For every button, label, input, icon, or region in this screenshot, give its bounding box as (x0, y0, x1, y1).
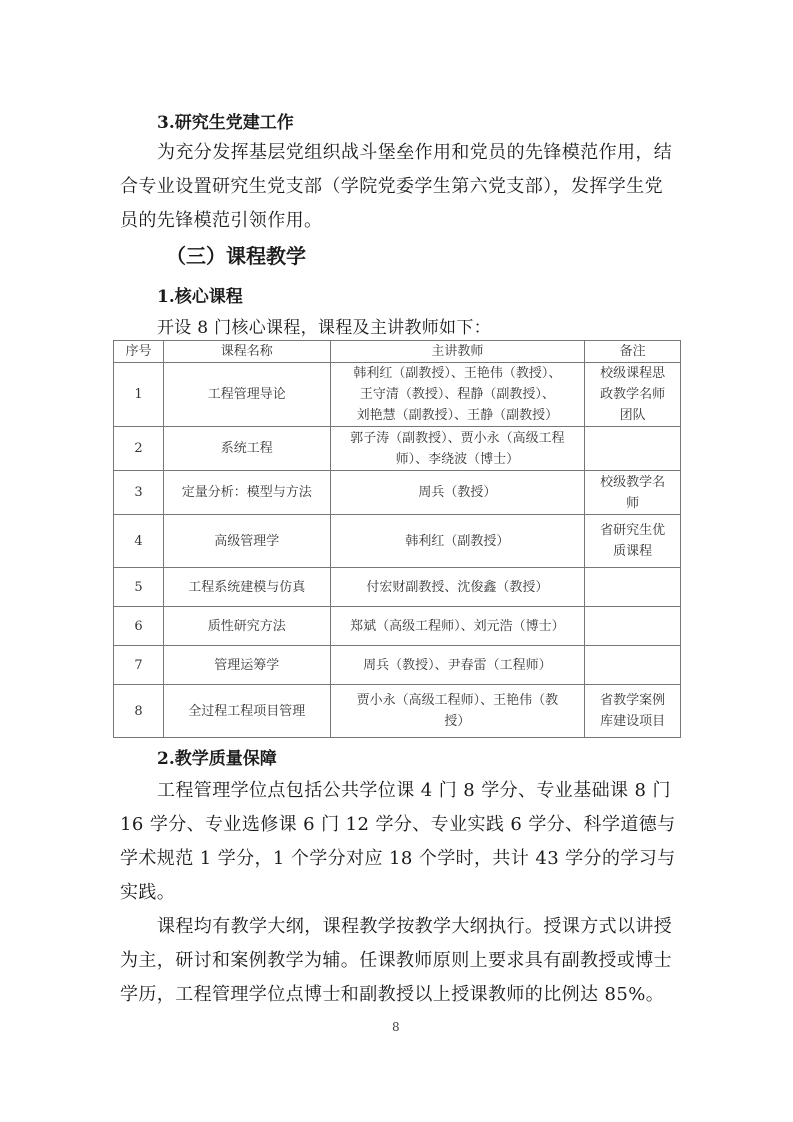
teacher-line: 授） (334, 711, 582, 732)
cell-note (585, 568, 681, 607)
cell-course-name: 工程管理导论 (163, 363, 330, 427)
header-teachers: 主讲教师 (330, 341, 585, 363)
teacher-line: 韩利红（副教授） (334, 531, 582, 552)
paragraph-line: 16 学分、专业选修课 6 门 12 学分、专业实践 6 学分、科学道德与 (120, 808, 676, 842)
header-note: 备注 (585, 341, 681, 363)
teacher-line: 付宏财副教授、沈俊鑫（教授） (334, 577, 582, 598)
cell-note (585, 646, 681, 685)
table-row: 3 定量分析：模型与方法 周兵（教授） 校级教学名 师 (114, 471, 681, 515)
section-heading-core-courses: 1.核心课程 (157, 282, 243, 307)
cell-note: 省研究生优 质课程 (585, 515, 681, 568)
cell-no: 6 (114, 607, 164, 646)
cell-note: 校级课程思 政教学名师 团队 (585, 363, 681, 427)
paragraph-line: 员的先锋模范引领作用。 (120, 204, 672, 238)
note-line: 省研究生优 (588, 520, 677, 541)
cell-no: 5 (114, 568, 164, 607)
cell-teachers: 郭子涛（副教授）、贾小永（高级工程 师）、李绕波（博士） (330, 427, 585, 471)
paragraph-line: 实践。 (120, 876, 676, 910)
paragraph-line: 学历，工程管理学位点博士和副教授以上授课教师的比例达 85%。 (120, 978, 672, 1012)
teacher-line: 贾小永（高级工程师）、王艳伟（教 (334, 690, 582, 711)
cell-no: 4 (114, 515, 164, 568)
section-heading-teaching-quality: 2.教学质量保障 (157, 744, 277, 769)
paragraph-line: 工程管理学位点包括公共学位课 4 门 8 学分、专业基础课 8 门 (120, 774, 676, 808)
cell-teachers: 韩利红（副教授） (330, 515, 585, 568)
paragraph-line: 课程均有教学大纲，课程教学按教学大纲执行。授课方式以讲授 (120, 910, 672, 944)
cell-teachers: 周兵（教授） (330, 471, 585, 515)
teacher-line: 周兵（教授） (334, 482, 582, 503)
cell-teachers: 韩利红（副教授）、王艳伟（教授）、 王守清（教授）、程静（副教授）、 刘艳慧（副… (330, 363, 585, 427)
table-row: 6 质性研究方法 郑斌（高级工程师）、刘元浩（博士） (114, 607, 681, 646)
cell-course-name: 工程系统建模与仿真 (163, 568, 330, 607)
core-courses-table: 序号 课程名称 主讲教师 备注 1 工程管理导论 韩利红（副教授）、王艳伟（教授… (113, 340, 681, 738)
cell-teachers: 周兵（教授）、尹春雷（工程师） (330, 646, 585, 685)
teacher-line: 师）、李绕波（博士） (334, 449, 582, 470)
table-row: 5 工程系统建模与仿真 付宏财副教授、沈俊鑫（教授） (114, 568, 681, 607)
credits-paragraph: 工程管理学位点包括公共学位课 4 门 8 学分、专业基础课 8 门 16 学分、… (120, 774, 676, 910)
cell-note: 省教学案例 库建设项目 (585, 685, 681, 738)
note-line: 校级课程思 (588, 363, 677, 384)
cell-course-name: 全过程工程项目管理 (163, 685, 330, 738)
section-heading-party-building: 3.研究生党建工作 (157, 108, 294, 133)
cell-course-name: 管理运筹学 (163, 646, 330, 685)
cell-teachers: 郑斌（高级工程师）、刘元浩（博士） (330, 607, 585, 646)
table-row: 7 管理运筹学 周兵（教授）、尹春雷（工程师） (114, 646, 681, 685)
paragraph-line: 合专业设置研究生党支部（学院党委学生第六党支部），发挥学生党 (120, 170, 672, 204)
teacher-line: 郭子涛（副教授）、贾小永（高级工程 (334, 428, 582, 449)
teacher-line: 郑斌（高级工程师）、刘元浩（博士） (334, 616, 582, 637)
note-line: 团队 (588, 405, 677, 426)
teacher-line: 王守清（教授）、程静（副教授）、 (334, 384, 582, 405)
header-course-name: 课程名称 (163, 341, 330, 363)
cell-teachers: 付宏财副教授、沈俊鑫（教授） (330, 568, 585, 607)
table-row: 8 全过程工程项目管理 贾小永（高级工程师）、王艳伟（教 授） 省教学案例 库建… (114, 685, 681, 738)
party-building-paragraph: 为充分发挥基层党组织战斗堡垒作用和党员的先锋模范作用，结 合专业设置研究生党支部… (120, 136, 672, 238)
cell-no: 7 (114, 646, 164, 685)
table-row: 4 高级管理学 韩利红（副教授） 省研究生优 质课程 (114, 515, 681, 568)
note-line: 省教学案例 (588, 690, 677, 711)
cell-course-name: 定量分析：模型与方法 (163, 471, 330, 515)
teacher-line: 韩利红（副教授）、王艳伟（教授）、 (334, 363, 582, 384)
chapter-heading-course-teaching: （三）课程教学 (166, 240, 306, 269)
cell-no: 2 (114, 427, 164, 471)
cell-no: 1 (114, 363, 164, 427)
table-header-row: 序号 课程名称 主讲教师 备注 (114, 341, 681, 363)
header-no: 序号 (114, 341, 164, 363)
cell-course-name: 质性研究方法 (163, 607, 330, 646)
cell-note: 校级教学名 师 (585, 471, 681, 515)
paragraph-line: 学术规范 1 学分，1 个学分对应 18 个学时，共计 43 学分的学习与 (120, 842, 676, 876)
page-number: 8 (392, 1020, 400, 1034)
note-line: 质课程 (588, 541, 677, 562)
cell-teachers: 贾小永（高级工程师）、王艳伟（教 授） (330, 685, 585, 738)
cell-no: 8 (114, 685, 164, 738)
note-line: 政教学名师 (588, 384, 677, 405)
cell-course-name: 系统工程 (163, 427, 330, 471)
teacher-line: 周兵（教授）、尹春雷（工程师） (334, 655, 582, 676)
note-line: 库建设项目 (588, 711, 677, 732)
table-row: 2 系统工程 郭子涛（副教授）、贾小永（高级工程 师）、李绕波（博士） (114, 427, 681, 471)
teacher-line: 刘艳慧（副教授）、王静（副教授） (334, 405, 582, 426)
paragraph-line: 为充分发挥基层党组织战斗堡垒作用和党员的先锋模范作用，结 (120, 136, 672, 170)
note-line: 校级教学名 (588, 472, 677, 493)
cell-no: 3 (114, 471, 164, 515)
note-line: 师 (588, 493, 677, 514)
paragraph-line: 为主，研讨和案例教学为辅。任课教师原则上要求具有副教授或博士 (120, 944, 672, 978)
cell-note (585, 607, 681, 646)
syllabus-paragraph: 课程均有教学大纲，课程教学按教学大纲执行。授课方式以讲授 为主，研讨和案例教学为… (120, 910, 672, 1012)
core-courses-intro: 开设 8 门核心课程，课程及主讲教师如下： (157, 313, 491, 338)
cell-course-name: 高级管理学 (163, 515, 330, 568)
table-row: 1 工程管理导论 韩利红（副教授）、王艳伟（教授）、 王守清（教授）、程静（副教… (114, 363, 681, 427)
cell-note (585, 427, 681, 471)
